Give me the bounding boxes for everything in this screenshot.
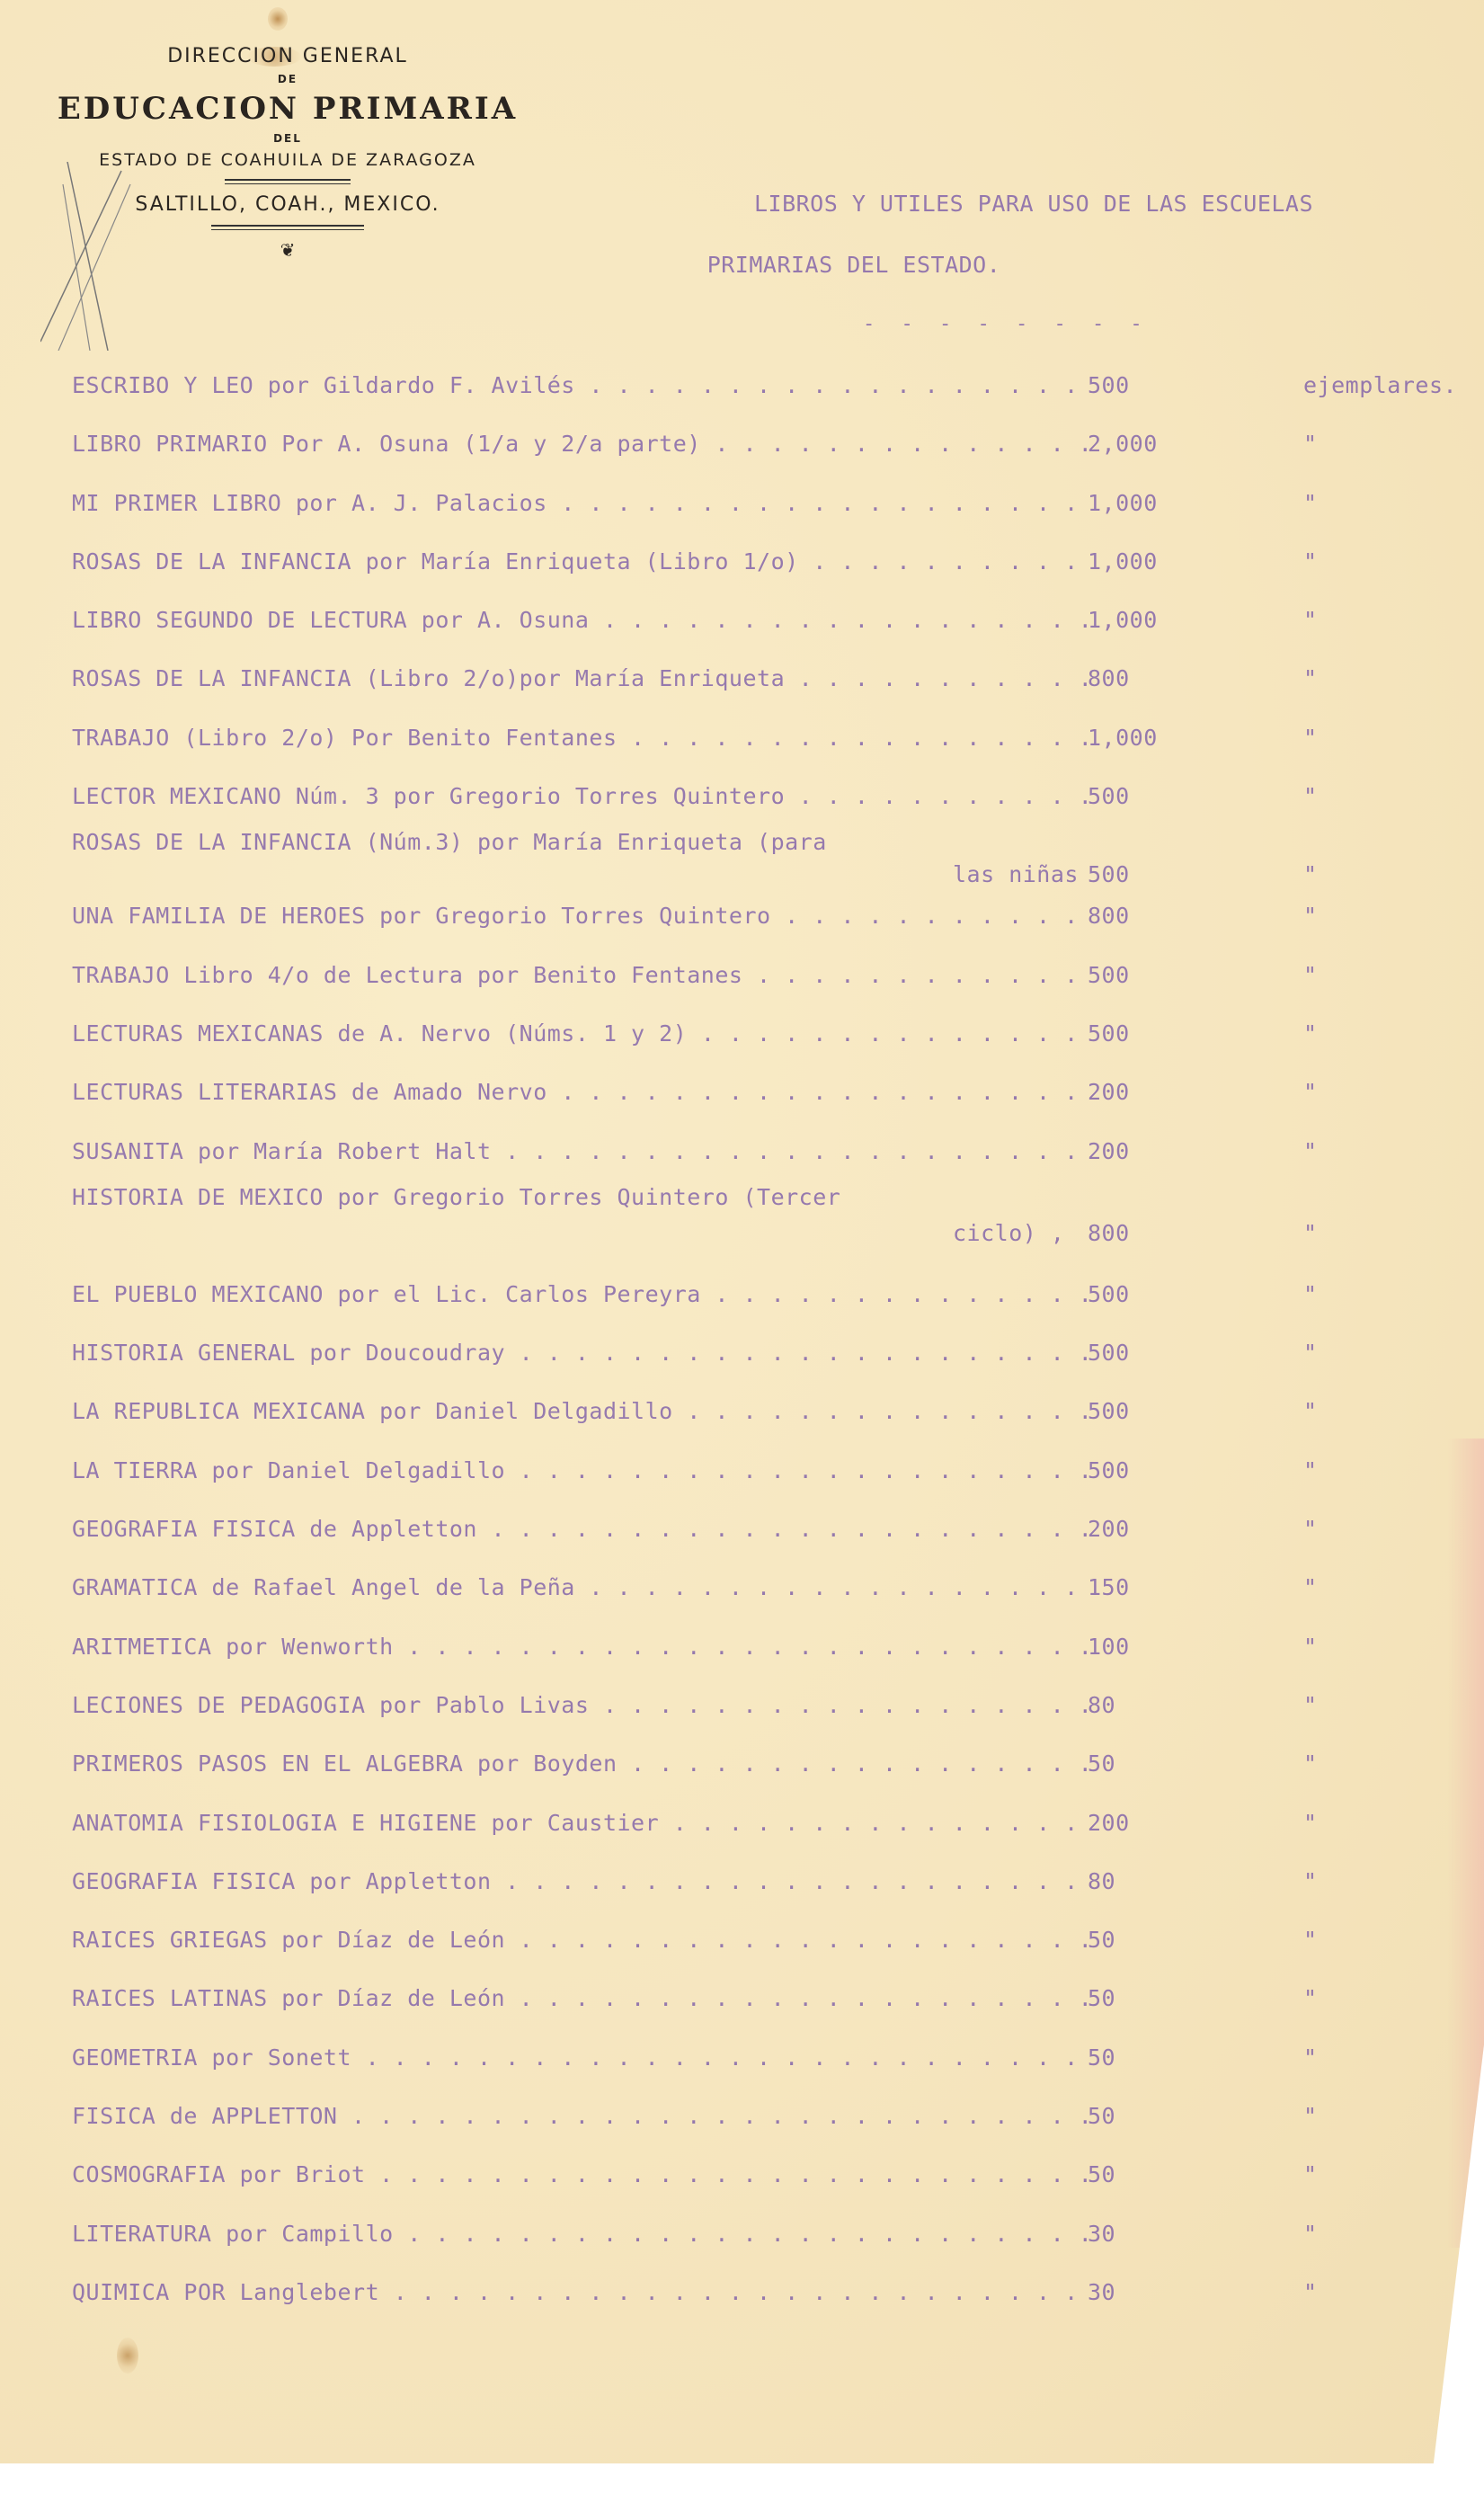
book-title: COSMOGRAFIA por Briot xyxy=(72,2161,1088,2187)
rust-stain xyxy=(268,7,288,31)
unit-label: " xyxy=(1303,2044,1318,2071)
letterhead-estado: ESTADO DE COAHUILA DE ZARAGOZA xyxy=(54,150,521,170)
list-item: GEOGRAFIA FISICA de Appletton200" xyxy=(72,1503,1420,1562)
book-title: RAICES GRIEGAS por Díaz de León xyxy=(72,1927,1088,1953)
quantity: 500 xyxy=(1088,1457,1249,1483)
quantity: 500 xyxy=(1088,372,1249,398)
quantity: 50 xyxy=(1088,2161,1249,2187)
ornament-icon: ❦ xyxy=(54,239,521,261)
unit-label: " xyxy=(1303,1138,1318,1164)
book-title: RAICES LATINAS por Díaz de León xyxy=(72,1985,1088,2011)
unit-label: ejemplares. xyxy=(1303,372,1457,398)
letterhead-direccion: DIRECCION GENERAL xyxy=(54,45,521,67)
unit-label: " xyxy=(1303,1220,1318,1246)
quantity: 50 xyxy=(1088,1927,1249,1953)
quantity: 50 xyxy=(1088,2044,1249,2071)
list-item: TRABAJO Libro 4/o de Lectura por Benito … xyxy=(72,949,1420,1008)
quantity: 80 xyxy=(1088,1868,1249,1894)
letterhead-del: DEL xyxy=(54,132,521,145)
list-item: ESCRIBO Y LEO por Gildardo F. Avilés500e… xyxy=(72,360,1420,418)
book-title: LIBRO SEGUNDO DE LECTURA por A. Osuna xyxy=(72,607,1088,633)
quantity: 200 xyxy=(1088,1516,1249,1542)
book-title: PRIMEROS PASOS EN EL ALGEBRA por Boyden xyxy=(72,1750,1088,1777)
quantity: 30 xyxy=(1088,2279,1249,2305)
quantity: 50 xyxy=(1088,1985,1249,2011)
book-title: LITERATURA por Campillo xyxy=(72,2221,1088,2247)
unit-label: " xyxy=(1303,1020,1318,1047)
list-item: PRIMEROS PASOS EN EL ALGEBRA por Boyden5… xyxy=(72,1738,1420,1796)
list-item: LECTURAS LITERARIAS de Amado Nervo200" xyxy=(72,1066,1420,1125)
unit-label: " xyxy=(1303,962,1318,988)
quantity: 150 xyxy=(1088,1574,1249,1600)
list-item: GEOGRAFIA FISICA por Appletton80" xyxy=(72,1856,1420,1914)
quantity: 30 xyxy=(1088,2221,1249,2247)
unit-label: " xyxy=(1303,1516,1318,1542)
book-title: ROSAS DE LA INFANCIA (Libro 2/o)por Marí… xyxy=(72,665,1088,691)
unit-label: " xyxy=(1303,1457,1318,1483)
book-title: HISTORIA DE MEXICO por Gregorio Torres Q… xyxy=(72,1184,840,1210)
quantity: 500 xyxy=(1088,1020,1249,1047)
quantity: 1,000 xyxy=(1088,548,1249,575)
book-title: UNA FAMILIA DE HEROES por Gregorio Torre… xyxy=(72,903,1088,929)
book-title: ROSAS DE LA INFANCIA (Núm.3) por María E… xyxy=(72,829,827,855)
list-item: HISTORIA DE MEXICO por Gregorio Torres Q… xyxy=(72,1184,1420,1269)
list-item: UNA FAMILIA DE HEROES por Gregorio Torre… xyxy=(72,890,1420,949)
book-title: GRAMATICA de Rafael Angel de la Peña xyxy=(72,1574,1088,1600)
unit-label: " xyxy=(1303,2221,1318,2247)
list-item: ANATOMIA FISIOLOGIA E HIGIENE por Causti… xyxy=(72,1797,1420,1856)
book-title: LECTOR MEXICANO Núm. 3 por Gregorio Torr… xyxy=(72,783,1088,809)
quantity: 1,000 xyxy=(1088,725,1249,751)
unit-label: " xyxy=(1303,1810,1318,1836)
book-title: LECTURAS MEXICANAS de A. Nervo (Núms. 1 … xyxy=(72,1020,1088,1047)
book-title: GEOMETRIA por Sonett xyxy=(72,2044,1088,2071)
unit-label: " xyxy=(1303,548,1318,575)
unit-label: " xyxy=(1303,2161,1318,2187)
unit-label: " xyxy=(1303,431,1318,457)
quantity: 200 xyxy=(1088,1138,1249,1164)
book-title: QUIMICA POR Langlebert xyxy=(72,2279,1088,2305)
list-item: EL PUEBLO MEXICANO por el Lic. Carlos Pe… xyxy=(72,1269,1420,1327)
list-item: LECTURAS MEXICANAS de A. Nervo (Núms. 1 … xyxy=(72,1008,1420,1066)
quantity: 1,000 xyxy=(1088,490,1249,516)
unit-label: " xyxy=(1303,1574,1318,1600)
book-title: LECTURAS LITERARIAS de Amado Nervo xyxy=(72,1079,1088,1105)
quantity: 800 xyxy=(1088,1220,1249,1246)
unit-label: " xyxy=(1303,490,1318,516)
quantity: 500 xyxy=(1088,783,1249,809)
book-title: HISTORIA GENERAL por Doucoudray xyxy=(72,1340,1088,1366)
unit-label: " xyxy=(1303,1340,1318,1366)
letterhead-city: SALTILLO, COAH., MEXICO. xyxy=(54,193,521,216)
list-item: GEOMETRIA por Sonett50" xyxy=(72,2032,1420,2090)
quantity: 100 xyxy=(1088,1634,1249,1660)
quantity: 50 xyxy=(1088,2103,1249,2129)
book-title: GEOGRAFIA FISICA de Appletton xyxy=(72,1516,1088,1542)
list-item: LECIONES DE PEDAGOGIA por Pablo Livas80" xyxy=(72,1679,1420,1738)
list-item: ROSAS DE LA INFANCIA (Núm.3) por María E… xyxy=(72,829,1420,890)
unit-label: " xyxy=(1303,1281,1318,1307)
letterhead: DIRECCION GENERAL DE EDUCACION PRIMARIA … xyxy=(54,45,521,261)
list-item: RAICES LATINAS por Díaz de León50" xyxy=(72,1973,1420,2031)
unit-label: " xyxy=(1303,1692,1318,1718)
list-item: COSMOGRAFIA por Briot50" xyxy=(72,2149,1420,2207)
quantity: 50 xyxy=(1088,1750,1249,1777)
book-title-continuation: ciclo) , xyxy=(953,1220,1064,1246)
unit-label: " xyxy=(1303,2103,1318,2129)
unit-label: " xyxy=(1303,1079,1318,1105)
book-title: MI PRIMER LIBRO por A. J. Palacios xyxy=(72,490,1088,516)
book-title: ROSAS DE LA INFANCIA por María Enriqueta… xyxy=(72,548,1088,575)
quantity: 500 xyxy=(1088,1398,1249,1424)
unit-label: " xyxy=(1303,783,1318,809)
list-item: RAICES GRIEGAS por Díaz de León50" xyxy=(72,1914,1420,1973)
list-item: LIBRO SEGUNDO DE LECTURA por A. Osuna1,0… xyxy=(72,594,1420,653)
rust-stain xyxy=(117,2338,138,2374)
unit-label: " xyxy=(1303,1985,1318,2011)
book-title: GEOGRAFIA FISICA por Appletton xyxy=(72,1868,1088,1894)
list-item: HISTORIA GENERAL por Doucoudray500" xyxy=(72,1327,1420,1385)
quantity: 500 xyxy=(1088,962,1249,988)
document-page: DIRECCION GENERAL DE EDUCACION PRIMARIA … xyxy=(0,0,1484,2463)
list-item: GRAMATICA de Rafael Angel de la Peña150" xyxy=(72,1562,1420,1620)
unit-label: " xyxy=(1303,861,1318,887)
unit-label: " xyxy=(1303,1398,1318,1424)
unit-label: " xyxy=(1303,665,1318,691)
letterhead-de: DE xyxy=(54,73,521,85)
title-separator: - - - - - - - - xyxy=(863,313,1150,335)
unit-label: " xyxy=(1303,1634,1318,1660)
list-item: FISICA de APPLETTON50" xyxy=(72,2090,1420,2149)
unit-label: " xyxy=(1303,607,1318,633)
unit-label: " xyxy=(1303,1750,1318,1777)
book-title: LIBRO PRIMARIO Por A. Osuna (1/a y 2/a p… xyxy=(72,431,1088,457)
book-title: ESCRIBO Y LEO por Gildardo F. Avilés xyxy=(72,372,1088,398)
book-title: TRABAJO (Libro 2/o) Por Benito Fentanes xyxy=(72,725,1088,751)
book-title: ANATOMIA FISIOLOGIA E HIGIENE por Causti… xyxy=(72,1810,1088,1836)
document-title-line1: LIBROS Y UTILES PARA USO DE LAS ESCUELAS xyxy=(665,191,1402,217)
quantity: 500 xyxy=(1088,861,1249,887)
book-title: ARITMETICA por Wenworth xyxy=(72,1634,1088,1660)
list-item: QUIMICA POR Langlebert30" xyxy=(72,2267,1420,2325)
book-title: TRABAJO Libro 4/o de Lectura por Benito … xyxy=(72,962,1088,988)
letterhead-educacion-primaria: EDUCACION PRIMARIA xyxy=(54,91,521,127)
book-title: FISICA de APPLETTON xyxy=(72,2103,1088,2129)
book-title: SUSANITA por María Robert Halt xyxy=(72,1138,1088,1164)
book-list: ESCRIBO Y LEO por Gildardo F. Avilés500e… xyxy=(72,360,1420,2325)
book-title: EL PUEBLO MEXICANO por el Lic. Carlos Pe… xyxy=(72,1281,1088,1307)
list-item: TRABAJO (Libro 2/o) Por Benito Fentanes1… xyxy=(72,712,1420,770)
list-item: LA REPUBLICA MEXICANA por Daniel Delgadi… xyxy=(72,1385,1420,1444)
list-item: MI PRIMER LIBRO por A. J. Palacios1,000" xyxy=(72,477,1420,536)
list-item: LECTOR MEXICANO Núm. 3 por Gregorio Torr… xyxy=(72,770,1420,829)
book-title: LECIONES DE PEDAGOGIA por Pablo Livas xyxy=(72,1692,1088,1718)
book-title-continuation: las niñas xyxy=(953,861,1079,887)
letterhead-rule xyxy=(211,225,364,230)
list-item: ARITMETICA por Wenworth100" xyxy=(72,1621,1420,1679)
quantity: 200 xyxy=(1088,1079,1249,1105)
list-item: LITERATURA por Campillo30" xyxy=(72,2208,1420,2267)
unit-label: " xyxy=(1303,903,1318,929)
quantity: 500 xyxy=(1088,1340,1249,1366)
quantity: 1,000 xyxy=(1088,607,1249,633)
unit-label: " xyxy=(1303,1868,1318,1894)
book-title: LA TIERRA por Daniel Delgadillo xyxy=(72,1457,1088,1483)
book-title: LA REPUBLICA MEXICANA por Daniel Delgadi… xyxy=(72,1398,1088,1424)
quantity: 500 xyxy=(1088,1281,1249,1307)
quantity: 800 xyxy=(1088,903,1249,929)
document-title-line2: PRIMARIAS DEL ESTADO. xyxy=(665,252,1043,278)
unit-label: " xyxy=(1303,1927,1318,1953)
list-item: LIBRO PRIMARIO Por A. Osuna (1/a y 2/a p… xyxy=(72,418,1420,477)
letterhead-rule xyxy=(225,179,351,184)
list-item: ROSAS DE LA INFANCIA (Libro 2/o)por Marí… xyxy=(72,653,1420,711)
quantity: 80 xyxy=(1088,1692,1249,1718)
unit-label: " xyxy=(1303,725,1318,751)
quantity: 2,000 xyxy=(1088,431,1249,457)
list-item: SUSANITA por María Robert Halt200" xyxy=(72,1126,1420,1184)
quantity: 800 xyxy=(1088,665,1249,691)
list-item: LA TIERRA por Daniel Delgadillo500" xyxy=(72,1445,1420,1503)
quantity: 200 xyxy=(1088,1810,1249,1836)
list-item: ROSAS DE LA INFANCIA por María Enriqueta… xyxy=(72,536,1420,594)
unit-label: " xyxy=(1303,2279,1318,2305)
